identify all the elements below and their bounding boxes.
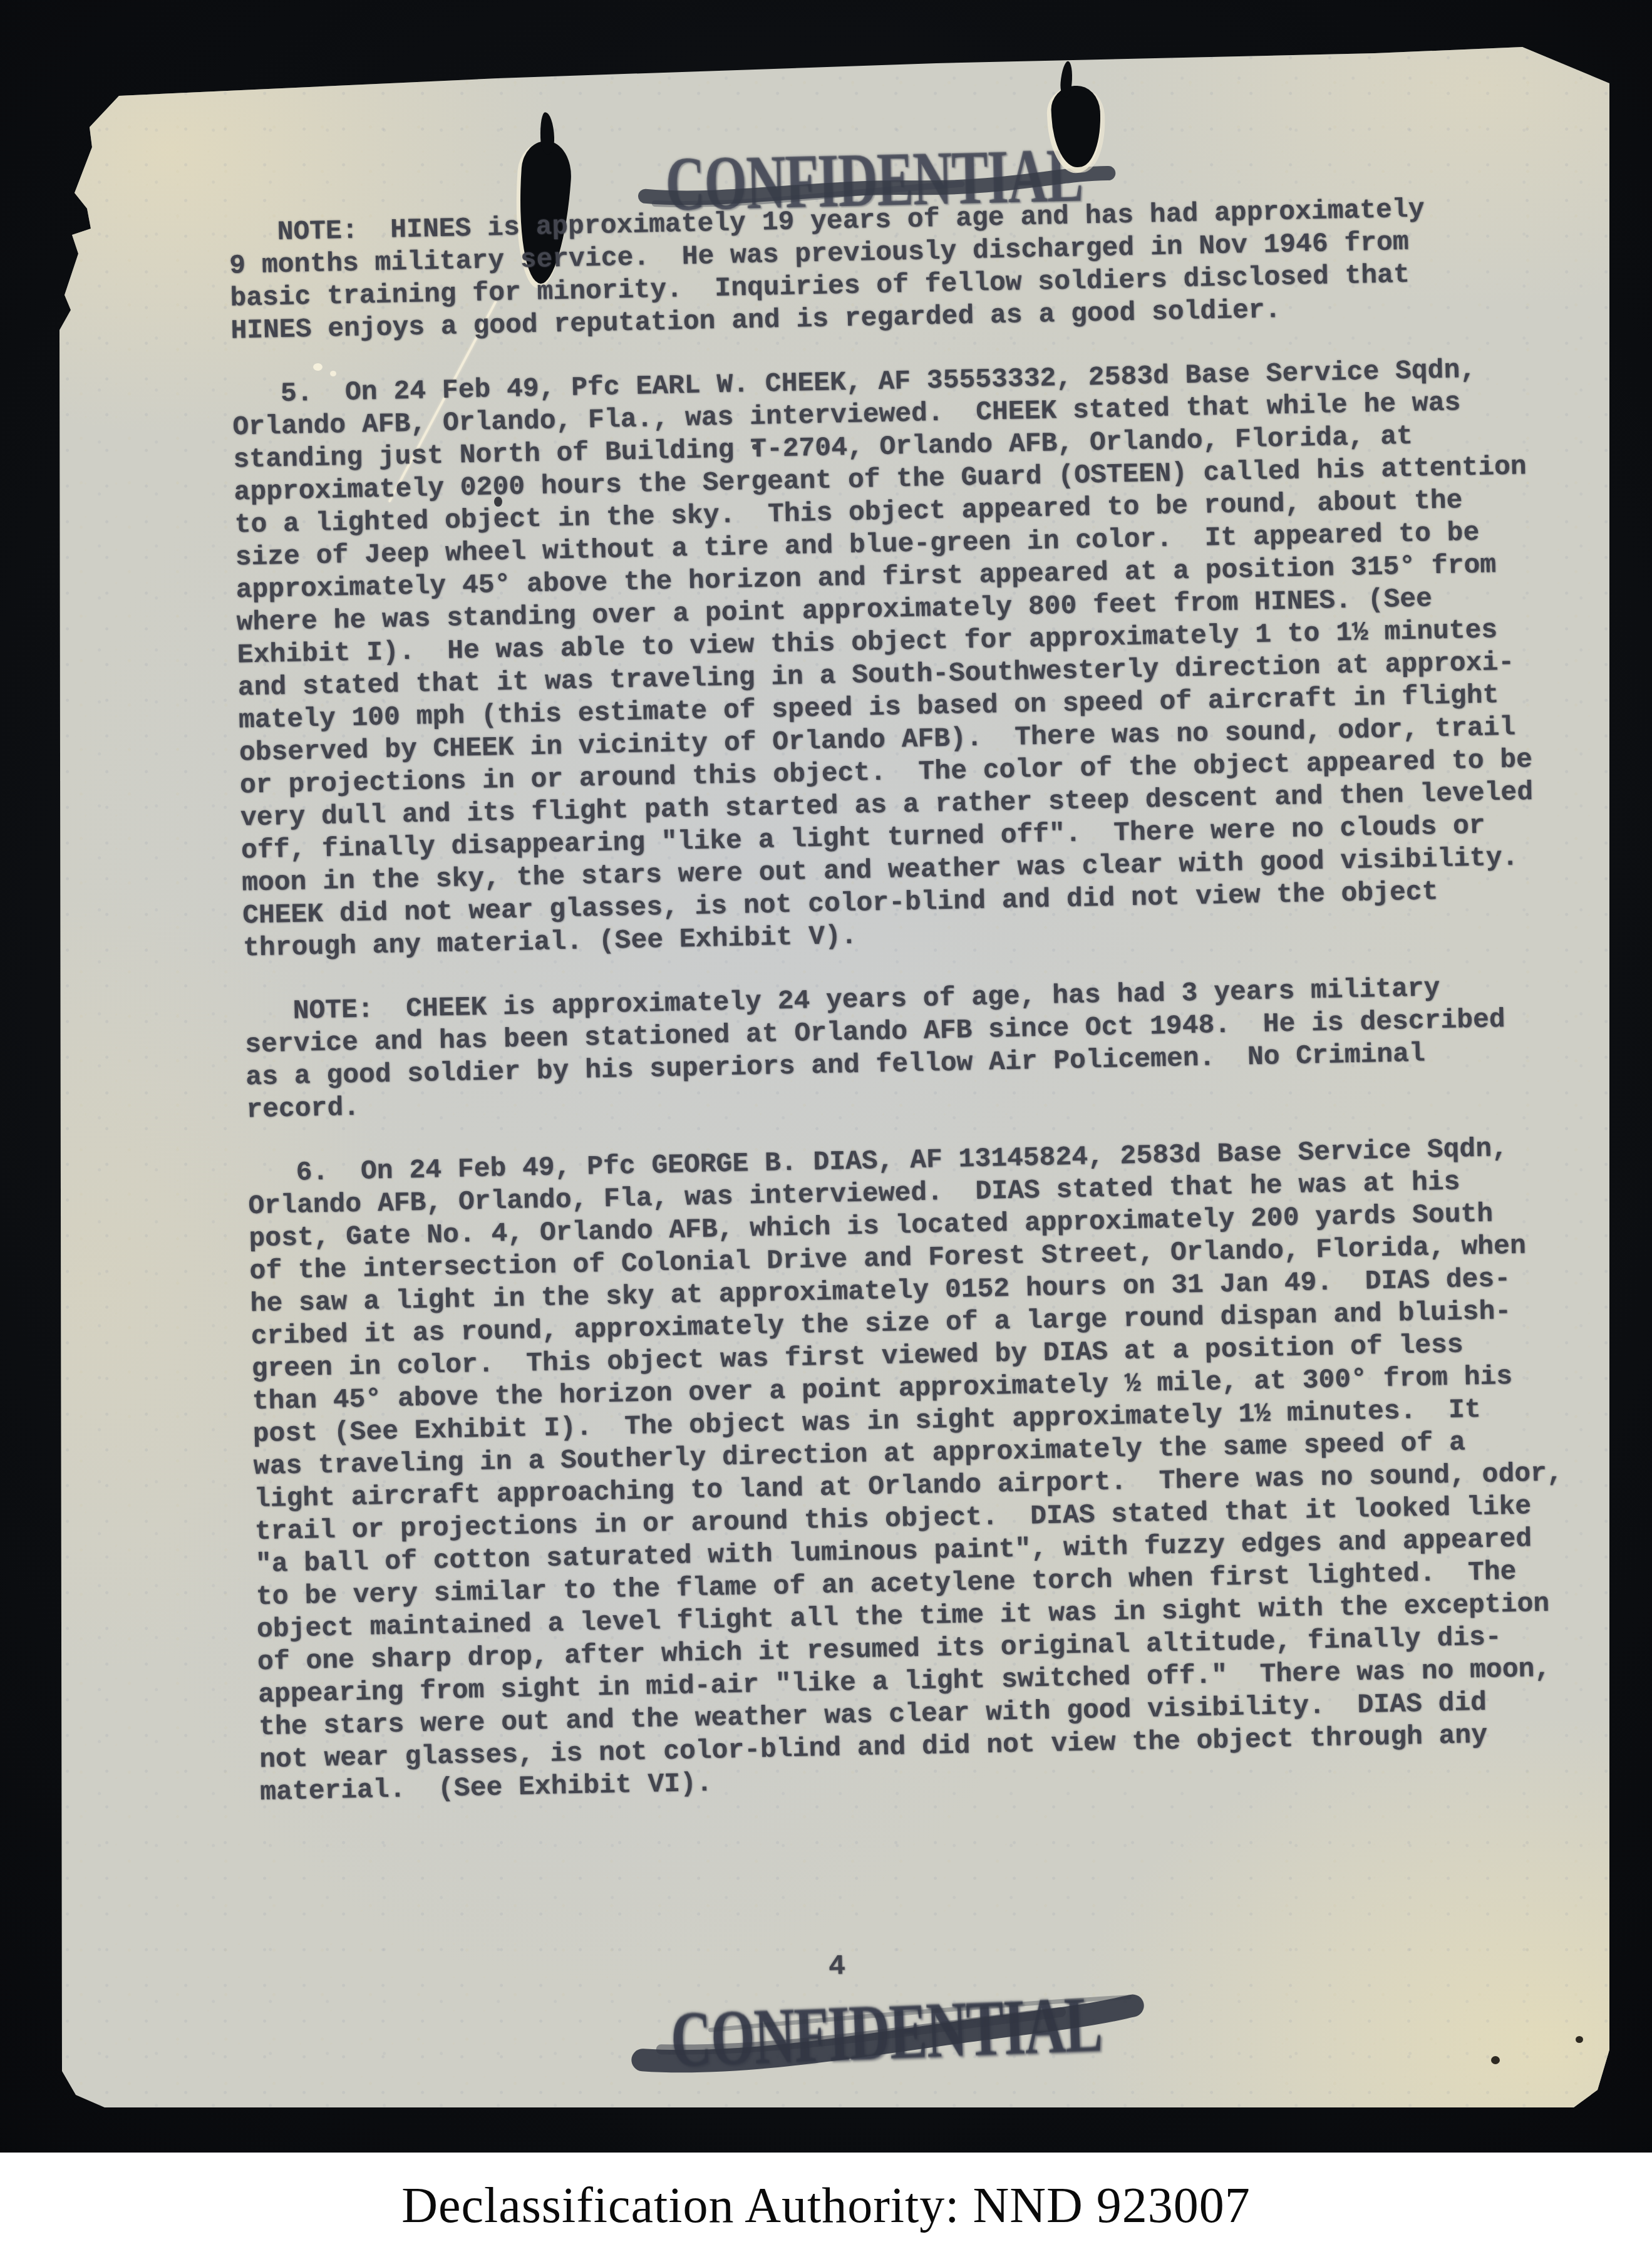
scan-background: CONFIDENTIAL NOTE: HINES is approximatel… <box>0 0 1652 2153</box>
paper-speck <box>1576 2036 1583 2043</box>
paragraph-item-6: 6. On 24 Feb 49, Pfc GEORGE B. DIAS, AF … <box>247 1130 1600 1809</box>
paper-speck <box>1491 2056 1500 2064</box>
page-number: 4 <box>829 1950 846 1983</box>
stamp-strikethrough-bottom <box>622 1978 1151 2088</box>
declassification-footer-text: Declassification Authority: NND 923007 <box>401 2178 1251 2235</box>
document-body: NOTE: HINES is approximately 19 years of… <box>229 190 1601 1809</box>
paragraph-note-hines: NOTE: HINES is approximately 19 years of… <box>229 190 1571 348</box>
paragraph-item-5: 5. On 24 Feb 49, Pfc EARL W. CHEEK, AF 3… <box>232 352 1583 965</box>
declassification-footer: Declassification Authority: NND 923007 <box>0 2153 1652 2259</box>
paragraph-note-cheek: NOTE: CHEEK is approximately 24 years of… <box>244 969 1587 1126</box>
confidential-stamp-bottom: CONFIDENTIAL <box>622 1978 1151 2088</box>
document-page: CONFIDENTIAL NOTE: HINES is approximatel… <box>59 47 1609 2107</box>
